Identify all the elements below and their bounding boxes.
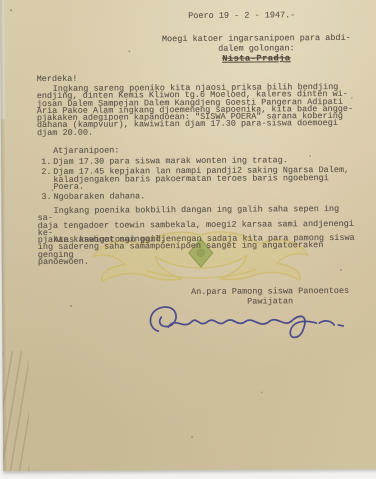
addressee-line-1: Moegi katoer ingarsanipoen para abdi- xyxy=(158,33,354,44)
addressee-block: Moegi katoer ingarsanipoen para abdi- da… xyxy=(158,33,354,64)
agenda-item-number: 3. xyxy=(41,194,53,201)
paragraph-1: Ingkang sareng poeniko kita njaosi priks… xyxy=(37,84,355,137)
agenda-item-number: 2. xyxy=(41,169,53,191)
agenda-label: Atjaranipoen: xyxy=(53,147,119,155)
typewritten-text-layer: Poero 19 - 2 - 1947.- Moegi katoer ingar… xyxy=(0,0,376,471)
salutation: Merdeka! xyxy=(37,76,78,84)
handwritten-signature-icon xyxy=(138,294,350,353)
agenda-item-text: Djam 17.45 kepjakan lan nampi pandji2 sa… xyxy=(53,167,359,191)
agenda-item-text: Ngobaraken dahana. xyxy=(53,192,359,201)
date-line: Poero 19 - 2 - 1947.- xyxy=(188,12,295,20)
paragraph-3: Atas kawigatosan pandjenengan sadaja kit… xyxy=(38,235,360,266)
letter-document: Poero 19 - 2 - 1947.- Moegi katoer ingar… xyxy=(0,0,376,471)
agenda-item: 3. Ngobaraken dahana. xyxy=(41,192,359,202)
agenda-item: 2. Djam 17.45 kepjakan lan nampi pandji2… xyxy=(41,167,359,191)
scanned-letter-scene: Poero 19 - 2 - 1947.- Moegi katoer ingar… xyxy=(0,0,376,479)
agenda-list: 1. Djam 17.30 para siswa marak wonten in… xyxy=(41,157,359,205)
addressee-group: Nista-Pradja xyxy=(222,53,290,63)
agenda-item-number: 1. xyxy=(41,159,53,166)
